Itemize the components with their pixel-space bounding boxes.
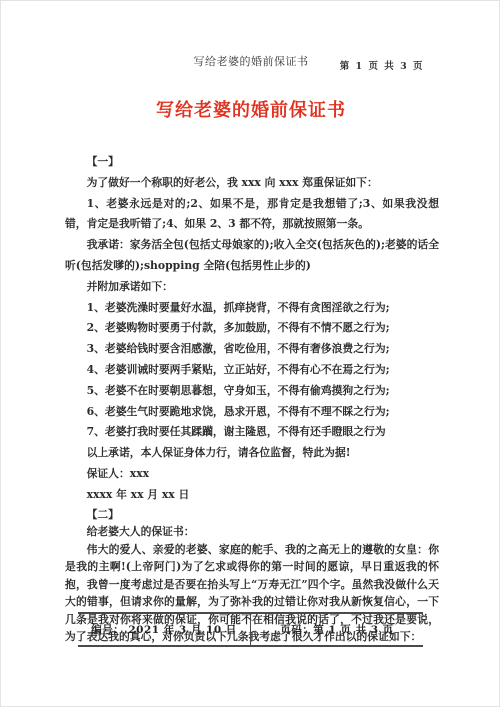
list-item: 6、老婆生气时要跪地求饶，恳求开恩，不得有不理不睬之行为; bbox=[65, 402, 439, 423]
list-item: 1、老婆洗澡时要量好水温，抓痒挠背，不得有贪图淫欲之行为; bbox=[65, 298, 439, 319]
list-item: 4、老婆训诫时要两手紧贴，立正站好，不得有心不在焉之行为; bbox=[65, 360, 439, 381]
running-title: 写给老婆的婚前保证书 bbox=[1, 53, 500, 69]
document-body: 【一】 为了做好一个称职的好老公，我 xxx 向 xxx 郑重保证如下： 1、老… bbox=[65, 152, 439, 646]
paragraph: 给老婆大人的保证书： bbox=[65, 523, 439, 541]
page-indicator: 第 1 页 共 3 页 bbox=[340, 58, 424, 72]
section-heading: 【二】 bbox=[65, 506, 439, 524]
signature-line: 保证人：xxx bbox=[65, 464, 439, 485]
footer-number-cell: 编号： 2021 年 3 月 10 日 bbox=[78, 614, 251, 645]
list-item: 7、老婆打我时要任其蹂躏，谢主隆恩，不得有还手瞪眼之行为 bbox=[65, 422, 439, 443]
paragraph: 并附加承诺如下： bbox=[65, 277, 439, 298]
page-footer: 编号： 2021 年 3 月 10 日 页码：第 1 页 共 3 页 bbox=[78, 612, 423, 647]
document-page: 写给老婆的婚前保证书 第 1 页 共 3 页 写给老婆的婚前保证书 【一】 为了… bbox=[0, 0, 500, 707]
paragraph: 以上承诺，本人保证身体力行，请各位监督，特此为据! bbox=[65, 443, 439, 464]
paragraph: 我承诺：家务活全包(包括丈母娘家的);收入全交(包括灰色的);老婆的话全听(包括… bbox=[65, 235, 439, 277]
date-line: xxxx 年 xx 月 xx 日 bbox=[65, 485, 439, 506]
footer-pagenum-cell: 页码：第 1 页 共 3 页 bbox=[251, 614, 423, 645]
paragraph: 为了做好一个称职的好老公，我 xxx 向 xxx 郑重保证如下： bbox=[65, 173, 439, 194]
list-item: 3、老婆给钱时要含泪感激，省吃俭用，不得有奢侈浪费之行为; bbox=[65, 339, 439, 360]
document-title: 写给老婆的婚前保证书 bbox=[1, 96, 500, 122]
page-header: 写给老婆的婚前保证书 第 1 页 共 3 页 bbox=[1, 53, 500, 75]
list-item: 2、老婆购物时要勇于付款，多加鼓励，不得有不情不愿之行为; bbox=[65, 318, 439, 339]
section-one: 【一】 为了做好一个称职的好老公，我 xxx 向 xxx 郑重保证如下： 1、老… bbox=[65, 152, 439, 506]
paragraph: 【一】 bbox=[65, 152, 439, 173]
paragraph: 1、老婆永远是对的;2、如果不是，那肯定是我想错了;3、如果我没想错，肯定是我听… bbox=[65, 194, 439, 236]
list-item: 5、老婆不在时要朝思暮想，守身如玉，不得有偷鸡摸狗之行为; bbox=[65, 381, 439, 402]
